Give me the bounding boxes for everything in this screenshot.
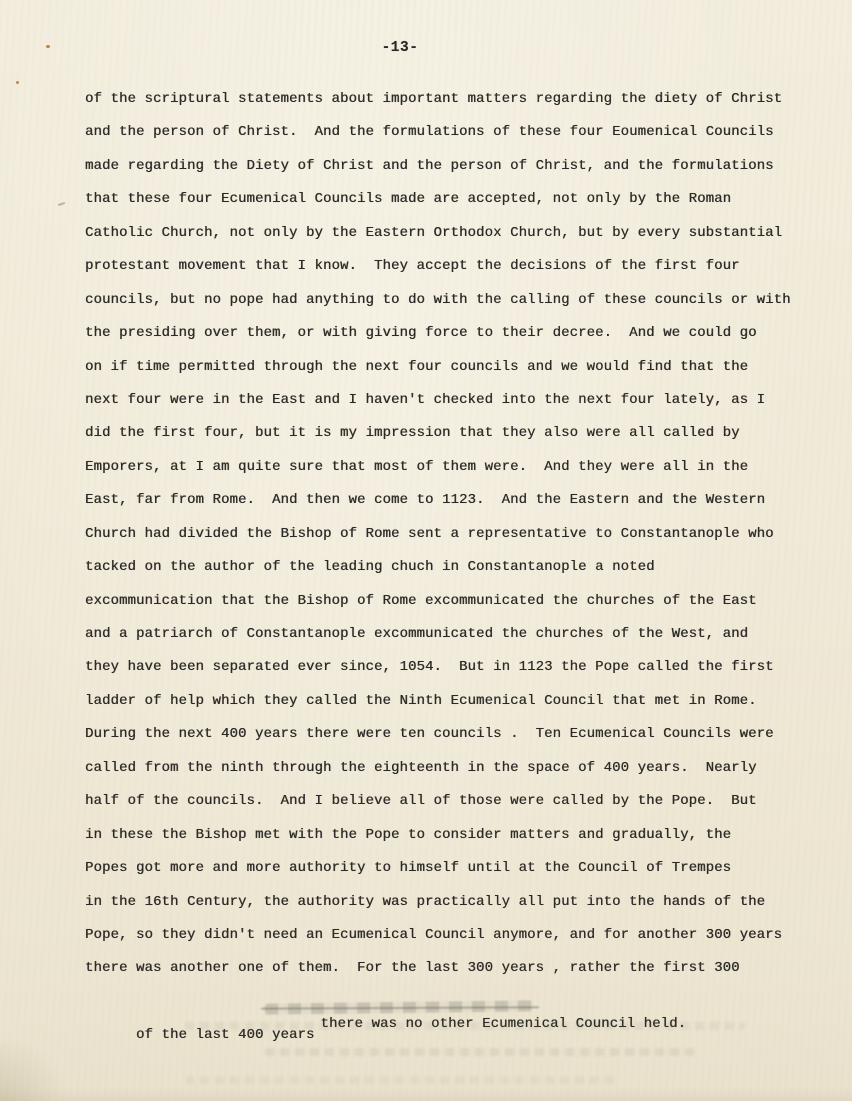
text-line: half of the councils. And I believe all …	[85, 785, 825, 818]
text-line: in the 16th Century, the authority was p…	[85, 886, 825, 919]
paper-speck	[46, 45, 50, 48]
document-body: of the scriptural statements about impor…	[85, 83, 825, 1019]
text-line: did the first four, but it is my impress…	[85, 417, 825, 450]
text-line: and the person of Christ. And the formul…	[85, 116, 825, 149]
text-line: the presiding over them, or with giving …	[85, 317, 825, 350]
text-line: they have been separated ever since, 105…	[85, 651, 825, 684]
text-line: tacked on the author of the leading chuc…	[85, 551, 825, 584]
document-page: -13- of the scriptural statements about …	[0, 0, 852, 1101]
text-line: Emporers, at I am quite sure that most o…	[85, 451, 825, 484]
bleed-through-ghost-text	[185, 1022, 745, 1030]
page-number: -13-	[0, 40, 800, 56]
text-line: ladder of help which they called the Nin…	[85, 685, 825, 718]
text-line: called from the ninth through the eighte…	[85, 752, 825, 785]
text-line: there was another one of them. For the l…	[85, 952, 825, 985]
text-lines: of the scriptural statements about impor…	[85, 83, 825, 986]
text-line: made regarding the Diety of Christ and t…	[85, 150, 825, 183]
bleed-through-ghost-text	[265, 1048, 695, 1056]
text-line: Church had divided the Bishop of Rome se…	[85, 518, 825, 551]
text-line: During the next 400 years there were ten…	[85, 718, 825, 751]
text-line: next four were in the East and I haven't…	[85, 384, 825, 417]
paper-bottom-edge	[0, 1087, 852, 1101]
bleed-through-ghost-text	[185, 1076, 615, 1084]
text-line: East, far from Rome. And then we come to…	[85, 484, 825, 517]
paper-speck	[16, 81, 19, 84]
final-text-line: of the last 400 yearsthere was no other …	[85, 986, 825, 1019]
text-line: protestant movement that I know. They ac…	[85, 250, 825, 283]
text-line: Pope, so they didn't need an Ecumenical …	[85, 919, 825, 952]
text-line: Popes got more and more authority to him…	[85, 852, 825, 885]
text-line: excommunication that the Bishop of Rome …	[85, 585, 825, 618]
text-line: of the scriptural statements about impor…	[85, 83, 825, 116]
text-line: councils, but no pope had anything to do…	[85, 284, 825, 317]
paper-mark	[58, 202, 65, 206]
text-line: in these the Bishop met with the Pope to…	[85, 819, 825, 852]
text-line: on if time permitted through the next fo…	[85, 351, 825, 384]
text-line: Catholic Church, not only by the Eastern…	[85, 217, 825, 250]
text-line: that these four Ecumenical Councils made…	[85, 183, 825, 216]
text-line: and a patriarch of Constantanople excomm…	[85, 618, 825, 651]
